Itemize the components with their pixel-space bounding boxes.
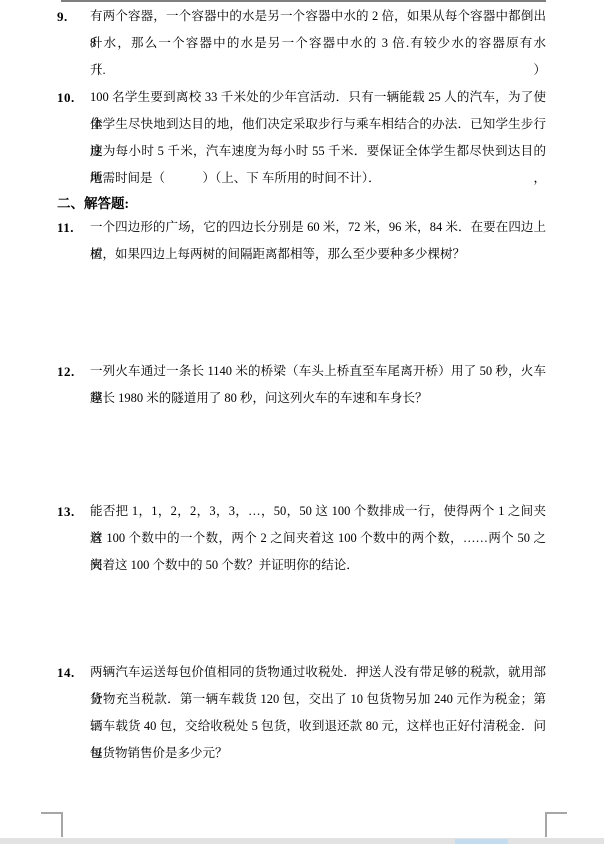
question-text-line: 包货物销售价是多少元？ [90, 740, 546, 767]
section-header: 二、解答题: [57, 190, 557, 217]
question-text: 能否把 1，1，2，2，3，3，…，50，50 这 100 个数排成一行，使得两… [90, 498, 546, 579]
crop-mark-left-horizontal [41, 812, 63, 814]
question-number: 12. [57, 358, 89, 385]
question-text: 一列火车通过一条长 1140 米的桥梁（车头上桥直至车尾离开桥）用了 50 秒，… [90, 358, 546, 412]
horizontal-scrollbar-thumb[interactable] [455, 839, 508, 844]
question-text-line: 升水，那么一个容器中的水是另一个容器中水的 3 倍.有较少水的容器原有水（ ） [90, 30, 546, 57]
question-text-line: 能否把 1，1，2，2，3，3，…，50，50 这 100 个数排成一行，使得两… [90, 498, 546, 525]
crop-mark-left-vertical [61, 812, 63, 837]
question-number: 10. [57, 84, 89, 111]
question-text-line: 越长 1980 米的隧道用了 80 秒，问这列火车的车速和车身长？ [90, 385, 546, 412]
question-text-line: 货物充当税款．第一辆车载货 120 包，交出了 10 包货物另加 240 元作为… [90, 686, 546, 713]
question-text-line: 这 100 个数中的一个数，两个 2 之间夹着这 100 个数中的两个数，……两… [90, 525, 546, 552]
question-text: 100 名学生要到离校 33 千米处的少年宫活动．只有一辆能载 25 人的汽车，… [90, 84, 546, 192]
text-boundary-rule [61, 0, 546, 2]
document-page: 9. 有两个容器，一个容器中的水是另一个容器中水的 2 倍，如果从每个容器中都倒… [0, 0, 604, 844]
question-number: 11. [57, 214, 89, 241]
question-text-line: 一列火车通过一条长 1140 米的桥梁（车头上桥直至车尾离开桥）用了 50 秒，… [90, 358, 546, 385]
question-text: 两辆汽车运送每包价值相同的货物通过收税处．押送人没有带足够的税款，就用部分 货物… [90, 659, 546, 767]
question-text-line: 夹着这 100 个数中的 50 个数？并证明你的结论． [90, 552, 546, 579]
question-text-line: 体学生尽快地到达目的地，他们决定采取步行与乘车相结合的办法．已知学生步行速 [90, 111, 546, 138]
question-text-line: 辆车载货 40 包，交给收税处 5 包货，收到退还款 80 元，这样也正好付清税… [90, 713, 546, 740]
crop-mark-right-vertical [545, 812, 547, 837]
question-number: 9. [57, 3, 89, 30]
question-text-line: 一个四边形的广场，它的四边长分别是 60 米，72 米，96 米，84 米．在要… [90, 214, 546, 241]
horizontal-scrollbar-track[interactable] [0, 838, 604, 844]
question-number: 14. [57, 659, 89, 686]
question-text: 有两个容器，一个容器中的水是另一个容器中水的 2 倍，如果从每个容器中都倒出 8… [90, 3, 546, 84]
question-text-line: 有两个容器，一个容器中的水是另一个容器中水的 2 倍，如果从每个容器中都倒出 8 [90, 3, 546, 30]
crop-mark-right-horizontal [545, 812, 567, 814]
question-text-line: 两辆汽车运送每包价值相同的货物通过收税处．押送人没有带足够的税款，就用部分 [90, 659, 546, 686]
question-text-line: 树，如果四边上每两树的间隔距离都相等，那么至少要种多少棵树？ [90, 241, 546, 268]
question-text-line: 100 名学生要到离校 33 千米处的少年宫活动．只有一辆能载 25 人的汽车，… [90, 84, 546, 111]
question-number: 13. [57, 498, 89, 525]
question-text-line: 度为每小时 5 千米，汽车速度为每小时 55 千米．要保证全体学生都尽快到达目的… [90, 138, 546, 165]
question-text: 一个四边形的广场，它的四边长分别是 60 米，72 米，96 米，84 米．在要… [90, 214, 546, 268]
